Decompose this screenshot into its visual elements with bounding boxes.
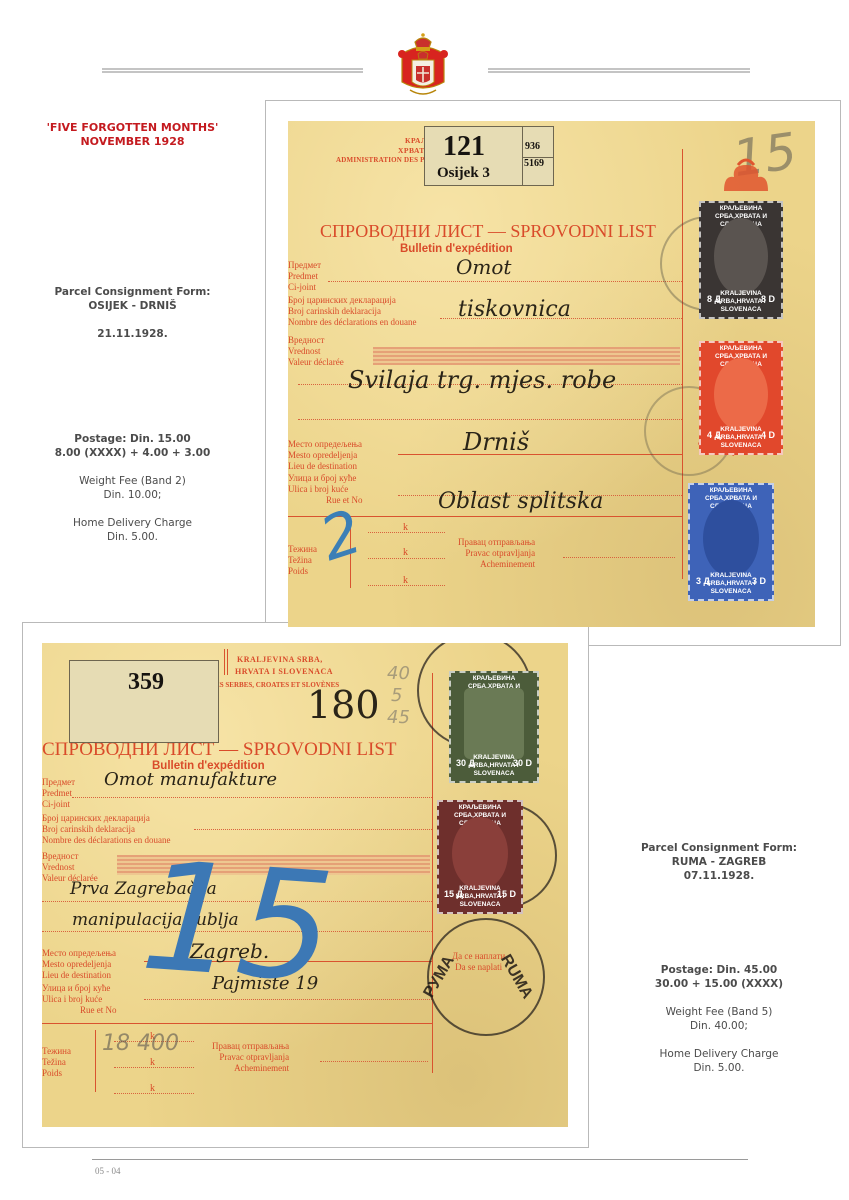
item2-delivery-label: Home Delivery Charge	[589, 1047, 849, 1061]
stamp-column-divider	[682, 149, 683, 579]
label-side-top: 936	[525, 141, 540, 152]
stamp-30-dinar: КРАЉЕВИНА СРБА,ХРВАТА И СЛОВЕНАЦА 30 Д 3…	[449, 671, 539, 783]
crown-imprint-icon	[720, 155, 772, 195]
registration-label: 121 Osijek 3 936 5169	[424, 126, 554, 186]
stamp-8-dinar: КРАЉЕВИНА СРБА,ХРВАТА И СЛОВЕНАЦА 8 Д 8 …	[699, 201, 783, 319]
item2-fees: Postage: Din. 45.00 30.00 + 15.00 (XXXX)…	[589, 963, 849, 1075]
parcel-form-ruma-zagreb: KRALJEVINA SRBA, HRVATA I SLOVENACA ROYA…	[42, 643, 568, 1127]
series-title-line2: NOVEMBER 1928	[0, 135, 265, 149]
blue-crayon-mark: 2	[312, 497, 370, 575]
item1-fees: Postage: Din. 15.00 8.00 (XXXX) + 4.00 +…	[0, 432, 265, 544]
blue-crayon-fee-mark: 15	[137, 842, 338, 1005]
item1-heading: Parcel Consignment Form:	[0, 285, 265, 299]
field-value: ВредностVrednostValeur déclarée	[288, 335, 344, 368]
item1-postage-breakdown: 8.00 (XXXX) + 4.00 + 3.00	[0, 446, 265, 460]
footer-rule	[92, 1159, 748, 1160]
field-destination: Место опредељењаMesto opredeljenjaLieu d…	[42, 948, 116, 981]
item2-route: RUMA - ZAGREB	[589, 855, 849, 869]
item2-date: 07.11.1928.	[589, 869, 849, 883]
item1-weight-fee-label: Weight Fee (Band 2)	[0, 474, 265, 488]
item2-postage: Postage: Din. 45.00	[589, 963, 849, 977]
field-route: Правац отправљањаPravac otpravljanjaAche…	[212, 1041, 289, 1074]
item2-delivery-value: Din. 5.00.	[589, 1061, 849, 1075]
admin-line-2: HRVATA I SLOVENACA	[235, 667, 333, 676]
item1-date: 21.11.1928.	[0, 327, 265, 341]
value-band	[373, 347, 680, 365]
label-office: Osijek 3	[437, 165, 490, 182]
item2-description: Parcel Consignment Form: RUMA - ZAGREB 0…	[589, 841, 849, 883]
pencil-weight-mark: 18 400	[102, 1031, 179, 1056]
stamp-4-dinar: КРАЉЕВИНА СРБА,ХРВАТА И СЛОВЕНАЦА 4 Д 4 …	[699, 341, 783, 455]
handwritten-street: Oblast splitska	[438, 489, 603, 514]
handwritten-addressee: Svilaja trg. mjes. robe	[348, 366, 616, 394]
handwritten-subject: Omot	[456, 255, 511, 279]
series-title-line1: 'FIVE FORGOTTEN MONTHS'	[0, 121, 265, 135]
label-number: 121	[443, 131, 485, 163]
item1-weight-fee-value: Din. 10.00;	[0, 488, 265, 502]
handwritten-customs: tiskovnica	[458, 297, 571, 322]
label-side-bottom: 5169	[524, 158, 544, 169]
field-weight: ТежинаTežinaPoids	[42, 1046, 71, 1079]
field-street: Улица и број кућеUlica i broj kućeRue et…	[42, 983, 117, 1016]
form-subtitle: Bulletin d'expédition	[400, 243, 513, 255]
field-route: Правац отправљањаPravac otpravljanjaAche…	[458, 537, 535, 570]
stamp-3-dinar: КРАЉЕВИНА СРБА,ХРВАТА И СЛОВЕНАЦА 3 Д 3 …	[688, 483, 774, 601]
royal-coat-of-arms-icon	[396, 32, 450, 100]
field-subject: ПредметPredmetCi-joint	[42, 777, 75, 810]
item1-delivery-label: Home Delivery Charge	[0, 516, 265, 530]
field-subject: ПредметPredmetCi-joint	[288, 260, 321, 293]
handwritten-subject: Omot manufakture	[104, 769, 277, 790]
item2-postage-breakdown: 30.00 + 15.00 (XXXX)	[589, 977, 849, 991]
handwritten-destination: Drniš	[463, 428, 529, 456]
field-weight: ТежинаTežinaPoids	[288, 544, 317, 577]
parcel-form-osijek-drnis: КРАЉЕВИНА СРБА, ХРВАТА И СЛОВЕНАЦА ADMIN…	[288, 121, 815, 627]
item2-heading: Parcel Consignment Form:	[589, 841, 849, 855]
item2-weight-fee-value: Din. 40.00;	[589, 1019, 849, 1033]
ink-number-mark: 180	[307, 683, 380, 727]
stamp-15-dinar: КРАЉЕВИНА СРБА,ХРВАТА И СЛОВЕНАЦА 15 Д 1…	[437, 800, 523, 914]
header-rule-left	[102, 68, 363, 73]
stamp-column-divider	[432, 673, 433, 1073]
item1-postage: Postage: Din. 15.00	[0, 432, 265, 446]
item1-route: OSIJEK - DRNIŠ	[0, 299, 265, 313]
field-street: Улица и број кућеUlica i broj kućeRue et…	[288, 473, 363, 506]
page-number: 05 - 04	[95, 1166, 121, 1176]
item2-weight-fee-label: Weight Fee (Band 5)	[589, 1005, 849, 1019]
pencil-sums: 40 5 45	[387, 663, 410, 729]
field-customs: Број царинских декларацијаBroj carinskih…	[288, 295, 416, 328]
series-title: 'FIVE FORGOTTEN MONTHS' NOVEMBER 1928	[0, 121, 265, 149]
label-number: 359	[128, 669, 164, 696]
field-destination: Место опредељењаMesto opredeljenjaLieu d…	[288, 439, 362, 472]
admin-line-1: KRALJEVINA SRBA,	[237, 655, 323, 664]
form-title: СПРОВОДНИ ЛИСТ — SPROVODNI LIST	[320, 221, 656, 242]
header-rule-right	[488, 68, 750, 73]
item1-description: Parcel Consignment Form: OSIJEK - DRNIŠ …	[0, 285, 265, 341]
item1-delivery-value: Din. 5.00.	[0, 530, 265, 544]
